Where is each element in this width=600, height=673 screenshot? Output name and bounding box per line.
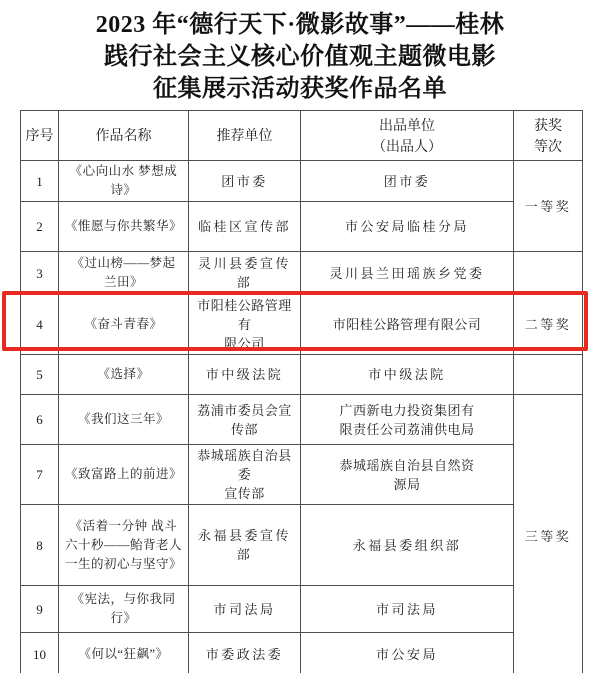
document-page: 2023 年“德行天下·微影故事”——桂林 践行社会主义核心价值观主题微电影 征… <box>0 0 600 673</box>
table-row: 10 《何以“狂飙”》 市委政法委 市公安局 <box>21 633 583 673</box>
producer-cell: 团市委 <box>301 161 514 202</box>
table-row: 9 《宪法，与你我同行》 市司法局 市司法局 <box>21 586 583 633</box>
producer-cell: 市阳桂公路管理有限公司 <box>301 295 514 355</box>
table-header-row: 序号 作品名称 推荐单位 出品单位 （出品人） 获奖 等次 <box>21 111 583 161</box>
producer-cell: 恭城瑶族自治县自然资 源局 <box>301 445 514 505</box>
work-title-cell: 《惟愿与你共繁华》 <box>59 202 189 252</box>
award-cell-empty <box>514 252 583 295</box>
work-title-cell: 《我们这三年》 <box>59 395 189 445</box>
title-line-3: 征集展示活动获奖作品名单 <box>0 73 600 105</box>
recommender-cell: 荔浦市委员会宣 传部 <box>189 395 301 445</box>
index-cell: 4 <box>21 295 59 355</box>
recommender-cell: 灵川县委宣传部 <box>189 252 301 295</box>
producer-cell: 市公安局 <box>301 633 514 673</box>
producer-cell: 市中级法院 <box>301 355 514 395</box>
title-line-2: 践行社会主义核心价值观主题微电影 <box>0 41 600 73</box>
table-row: 2 《惟愿与你共繁华》 临桂区宣传部 市公安局临桂分局 <box>21 202 583 252</box>
index-cell: 8 <box>21 505 59 586</box>
index-cell: 10 <box>21 633 59 673</box>
recommender-cell: 市中级法院 <box>189 355 301 395</box>
index-cell: 6 <box>21 395 59 445</box>
award-cell-empty <box>514 355 583 395</box>
producer-cell: 市司法局 <box>301 586 514 633</box>
col-header-work: 作品名称 <box>59 111 189 161</box>
work-title-cell: 《何以“狂飙”》 <box>59 633 189 673</box>
col-header-producer: 出品单位 （出品人） <box>301 111 514 161</box>
title-line-1: 2023 年“德行天下·微影故事”——桂林 <box>0 9 600 41</box>
col-header-award: 获奖 等次 <box>514 111 583 161</box>
recommender-cell: 市阳桂公路管理有 限公司 <box>189 295 301 355</box>
recommender-cell: 永福县委宣传部 <box>189 505 301 586</box>
index-cell: 7 <box>21 445 59 505</box>
producer-cell: 市公安局临桂分局 <box>301 202 514 252</box>
index-cell: 3 <box>21 252 59 295</box>
work-title-cell: 《宪法，与你我同行》 <box>59 586 189 633</box>
col-header-recommender: 推荐单位 <box>189 111 301 161</box>
award-results-table: 序号 作品名称 推荐单位 出品单位 （出品人） 获奖 等次 1 《心向山水 梦想… <box>20 110 583 673</box>
recommender-cell: 市司法局 <box>189 586 301 633</box>
index-cell: 2 <box>21 202 59 252</box>
recommender-cell: 团市委 <box>189 161 301 202</box>
table-row: 3 《过山榜——梦起 兰田》 灵川县委宣传部 灵川县兰田瑶族乡党委 <box>21 252 583 295</box>
work-title-cell: 《致富路上的前进》 <box>59 445 189 505</box>
table-row: 6 《我们这三年》 荔浦市委员会宣 传部 广西新电力投资集团有 限责任公司荔浦供… <box>21 395 583 445</box>
work-title-cell: 《活着一分钟 战斗 六十秒——鲐背老人 一生的初心与坚守》 <box>59 505 189 586</box>
table-row: 5 《选择》 市中级法院 市中级法院 <box>21 355 583 395</box>
award-cell-second-prize: 二等奖 <box>514 295 583 355</box>
recommender-cell: 临桂区宣传部 <box>189 202 301 252</box>
producer-cell: 广西新电力投资集团有 限责任公司荔浦供电局 <box>301 395 514 445</box>
table-row: 7 《致富路上的前进》 恭城瑶族自治县委 宣传部 恭城瑶族自治县自然资 源局 <box>21 445 583 505</box>
producer-cell: 灵川县兰田瑶族乡党委 <box>301 252 514 295</box>
producer-cell: 永福县委组织部 <box>301 505 514 586</box>
index-cell: 5 <box>21 355 59 395</box>
table-row-highlighted: 4 《奋斗青春》 市阳桂公路管理有 限公司 市阳桂公路管理有限公司 二等奖 <box>21 295 583 355</box>
work-title-cell: 《心向山水 梦想成诗》 <box>59 161 189 202</box>
document-title: 2023 年“德行天下·微影故事”——桂林 践行社会主义核心价值观主题微电影 征… <box>0 0 600 105</box>
work-title-cell: 《选择》 <box>59 355 189 395</box>
award-cell-first-prize: 一等奖 <box>514 161 583 252</box>
index-cell: 1 <box>21 161 59 202</box>
work-title-cell: 《过山榜——梦起 兰田》 <box>59 252 189 295</box>
index-cell: 9 <box>21 586 59 633</box>
award-cell-third-prize: 三等奖 <box>514 395 583 673</box>
table-row: 8 《活着一分钟 战斗 六十秒——鲐背老人 一生的初心与坚守》 永福县委宣传部 … <box>21 505 583 586</box>
table-row: 1 《心向山水 梦想成诗》 团市委 团市委 一等奖 <box>21 161 583 202</box>
col-header-index: 序号 <box>21 111 59 161</box>
recommender-cell: 恭城瑶族自治县委 宣传部 <box>189 445 301 505</box>
work-title-cell: 《奋斗青春》 <box>59 295 189 355</box>
recommender-cell: 市委政法委 <box>189 633 301 673</box>
